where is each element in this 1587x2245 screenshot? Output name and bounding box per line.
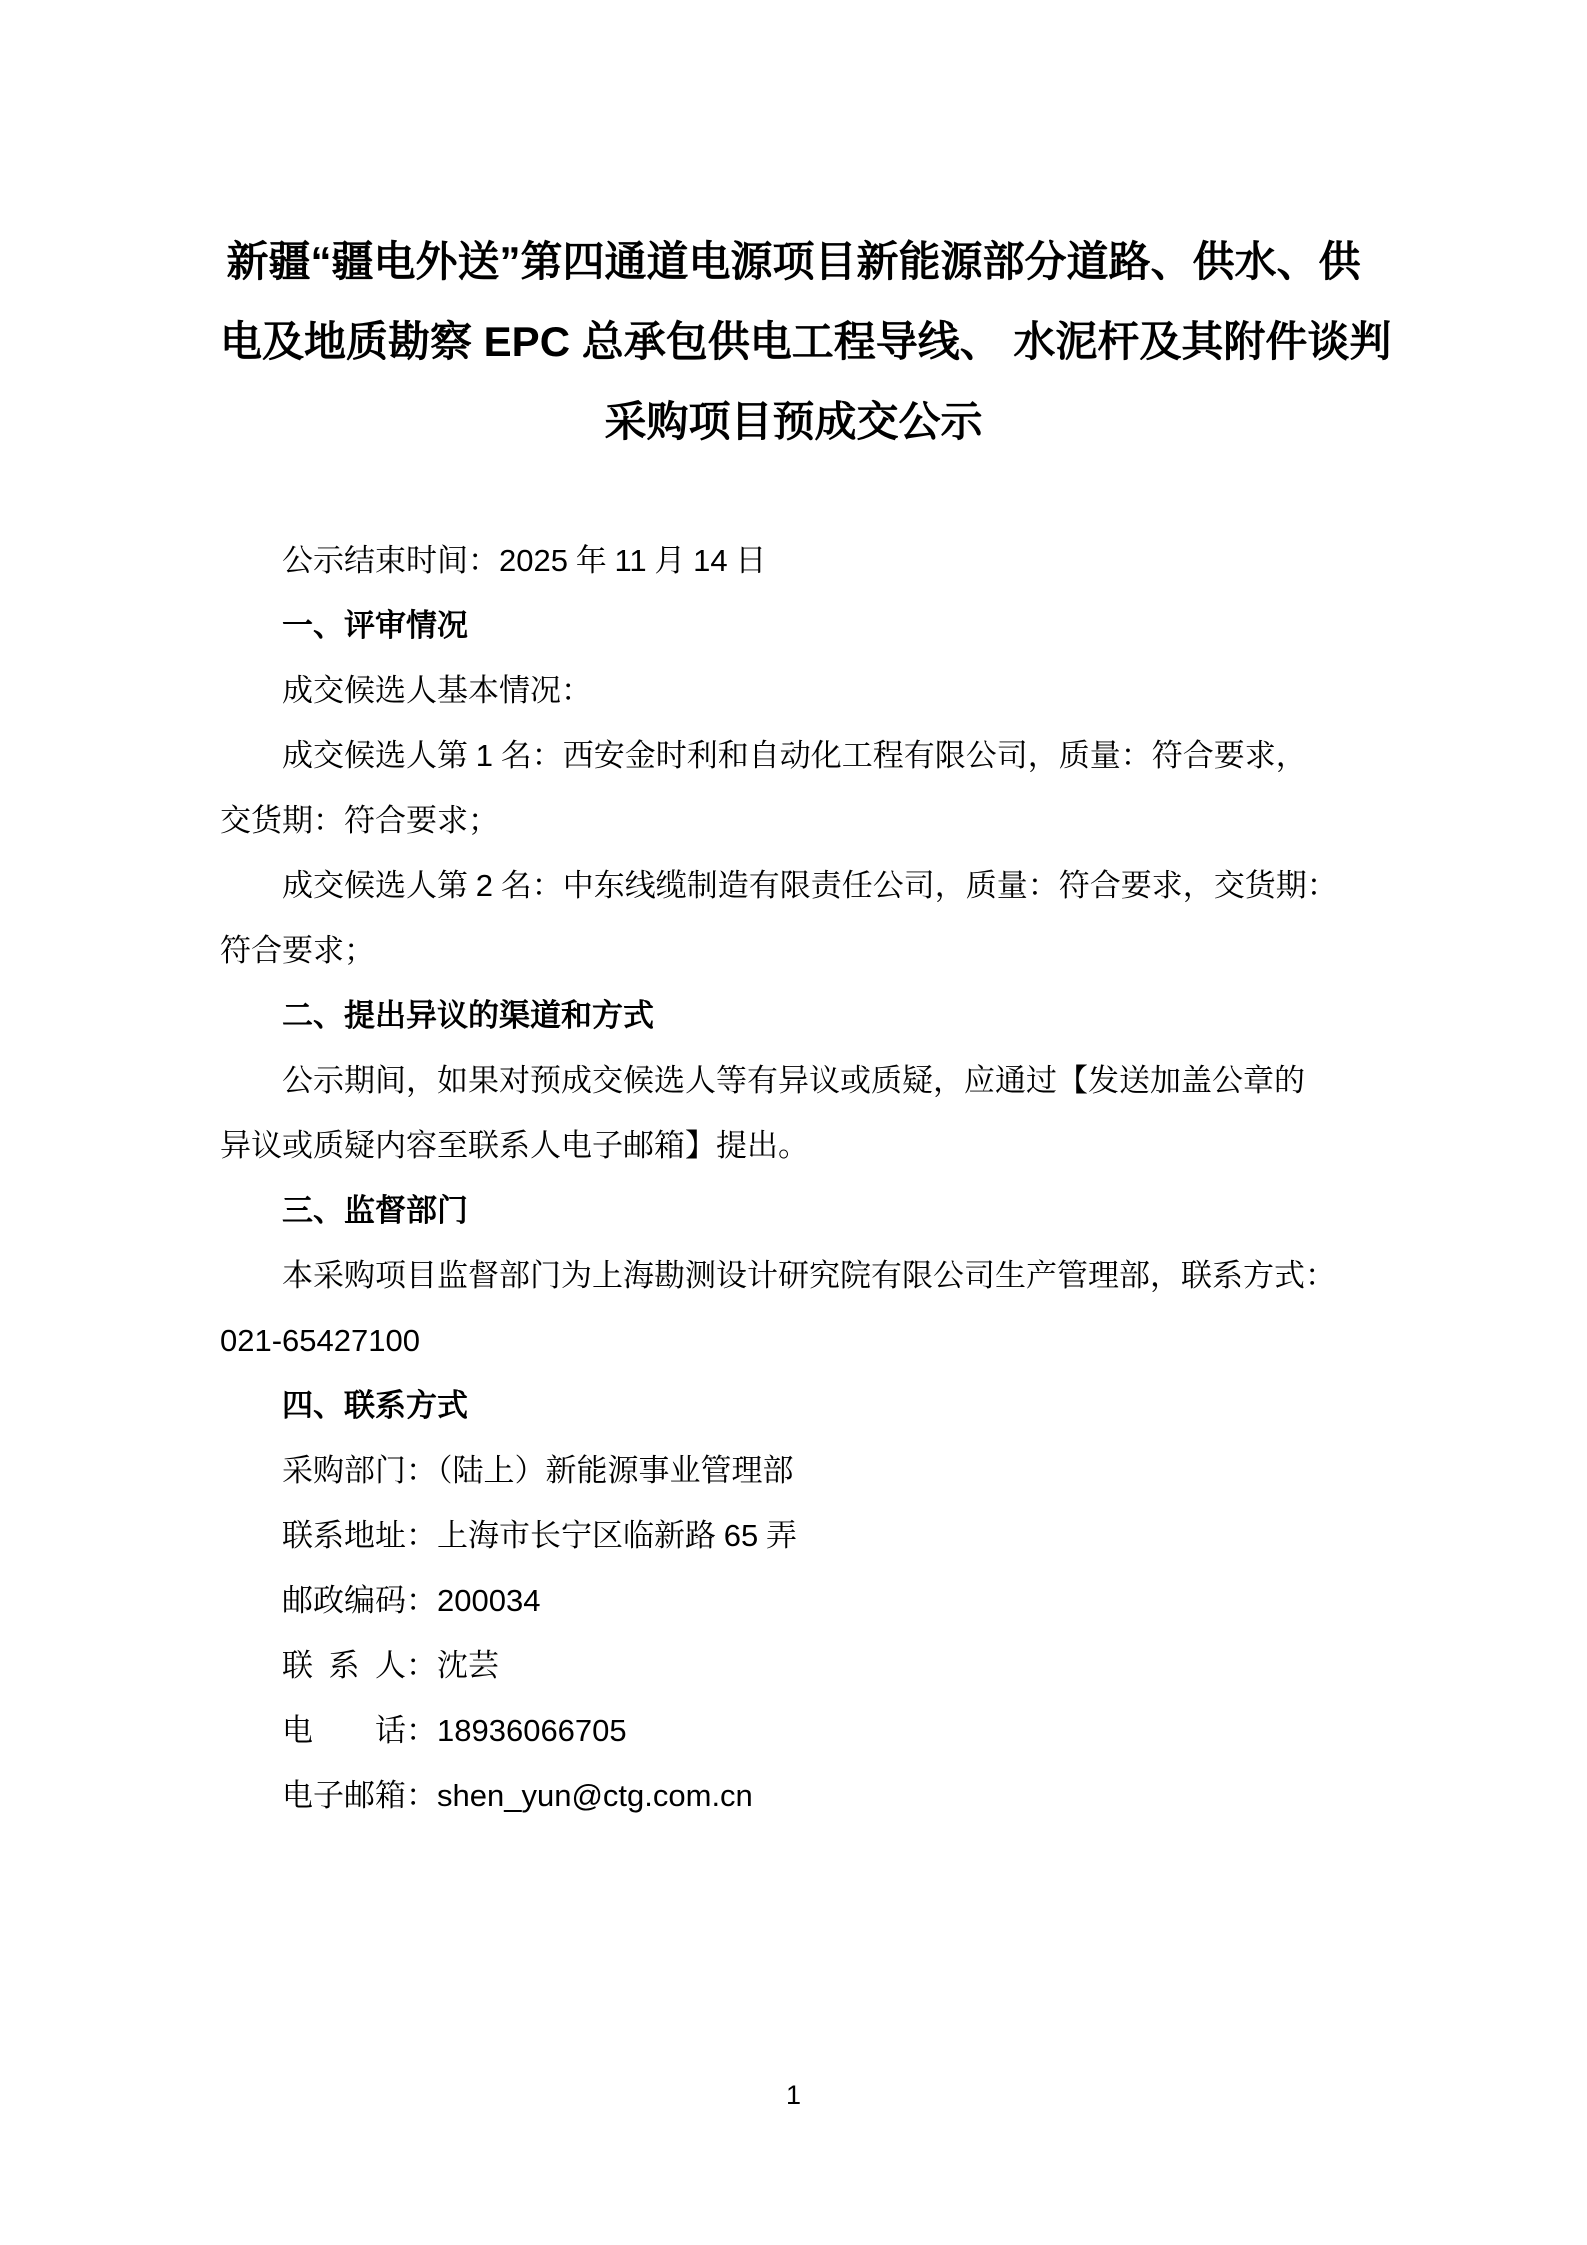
latin-text: 11 xyxy=(614,543,646,578)
latin-text: 18936066705 xyxy=(437,1713,627,1748)
latin-text: 2025 xyxy=(499,543,568,578)
publicity-end-time: 公示结束时间：2025 年 11 月 14 日 xyxy=(220,528,1367,593)
contact-address: 联系地址：上海市长宁区临新路 65 弄 xyxy=(220,1503,1367,1568)
procurement-department: 采购部门：（陆上）新能源事业管理部 xyxy=(220,1438,1367,1503)
document-title-line-1: 新疆“疆电外送”第四通道电源项目新能源部分道路、供水、供 xyxy=(220,222,1367,302)
document-title-line-3: 采购项目预成交公示 xyxy=(220,382,1367,462)
postal-code: 邮政编码：200034 xyxy=(220,1568,1367,1633)
latin-text: 200034 xyxy=(437,1583,540,1618)
candidate-2-line-2: 符合要求； xyxy=(220,918,1367,983)
document-title: 新疆“疆电外送”第四通道电源项目新能源部分道路、供水、供 电及地质勘察 EPC … xyxy=(220,222,1367,462)
document-body: 公示结束时间：2025 年 11 月 14 日 一、评审情况 成交候选人基本情况… xyxy=(220,528,1367,1828)
section-4-heading: 四、联系方式 xyxy=(220,1373,1367,1438)
latin-text: 1 xyxy=(476,738,493,773)
section-2-heading: 二、提出异议的渠道和方式 xyxy=(220,983,1367,1048)
latin-text: shen_yun@ctg.com.cn xyxy=(437,1778,753,1813)
section-3-heading: 三、监督部门 xyxy=(220,1178,1367,1243)
candidate-1-line-1: 成交候选人第 1 名：西安金时利和自动化工程有限公司，质量：符合要求， xyxy=(220,723,1367,788)
latin-text: 021-65427100 xyxy=(220,1323,420,1358)
page-number: 1 xyxy=(0,2078,1587,2112)
document-page: 新疆“疆电外送”第四通道电源项目新能源部分道路、供水、供 电及地质勘察 EPC … xyxy=(0,0,1587,2245)
section-1-heading: 一、评审情况 xyxy=(220,593,1367,658)
candidates-basic-info: 成交候选人基本情况： xyxy=(220,658,1367,723)
contact-person: 联 系 人：沈芸 xyxy=(220,1633,1367,1698)
contact-phone: 电 话：18936066705 xyxy=(220,1698,1367,1763)
candidate-1-line-2: 交货期：符合要求； xyxy=(220,788,1367,853)
latin-text: 65 xyxy=(724,1518,758,1553)
objection-paragraph-line-2: 异议或质疑内容至联系人电子邮箱】提出。 xyxy=(220,1113,1367,1178)
document-title-line-2: 电及地质勘察 EPC 总承包供电工程导线、 水泥杆及其附件谈判 xyxy=(220,302,1367,382)
supervision-phone: 021-65427100 xyxy=(220,1308,1367,1373)
contact-email: 电子邮箱：shen_yun@ctg.com.cn xyxy=(220,1763,1367,1828)
latin-text: 2 xyxy=(476,868,493,903)
supervision-paragraph-line-1: 本采购项目监督部门为上海勘测设计研究院有限公司生产管理部，联系方式： xyxy=(220,1243,1367,1308)
latin-text: 14 xyxy=(693,543,727,578)
candidate-2-line-1: 成交候选人第 2 名：中东线缆制造有限责任公司，质量：符合要求，交货期： xyxy=(220,853,1367,918)
objection-paragraph-line-1: 公示期间，如果对预成交候选人等有异议或质疑，应通过【发送加盖公章的 xyxy=(220,1048,1367,1113)
